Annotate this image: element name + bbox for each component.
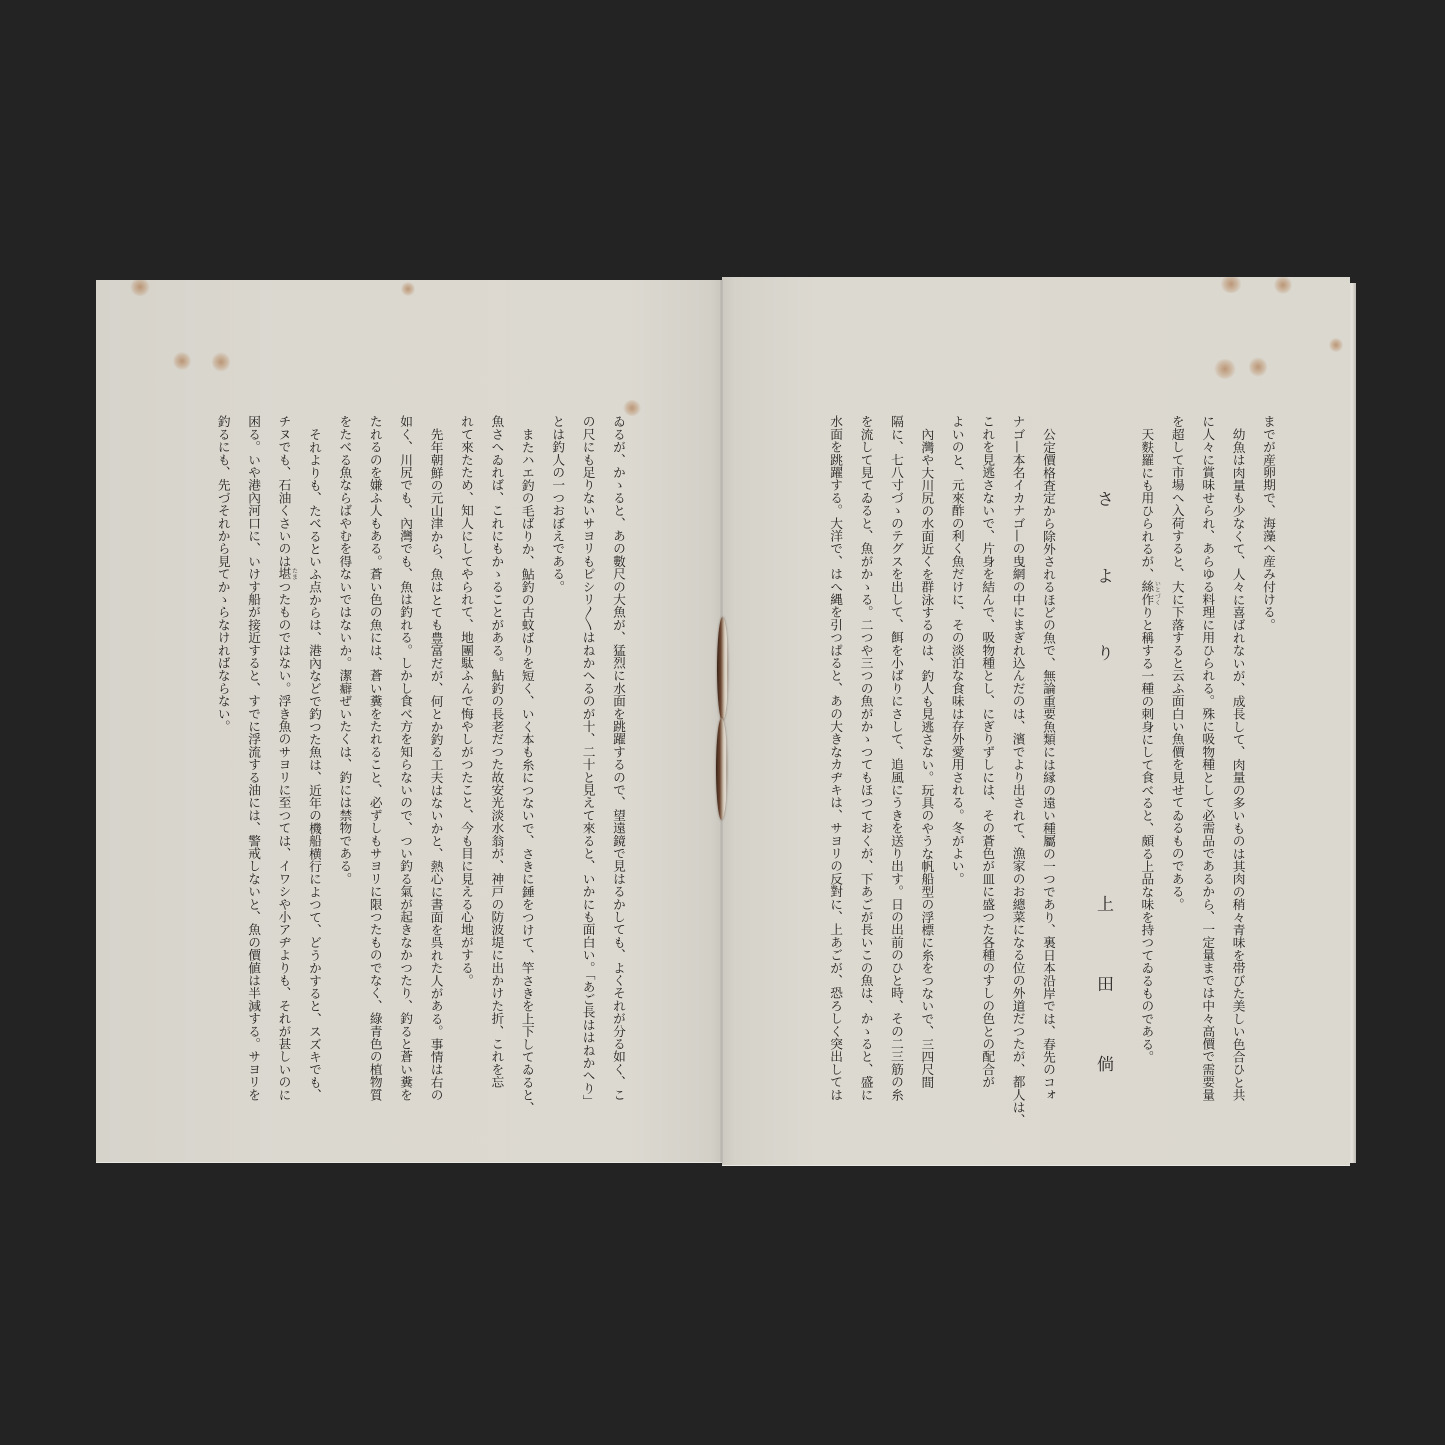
- line-segment: チヌでも、石油くさいのは: [277, 415, 292, 567]
- photo-backdrop: ゐるが、かゝると、あの數尺の大魚が、猛烈に水面を跳躍するので、望遠鏡で見はるかし…: [0, 0, 1445, 1445]
- text-line: またハエ釣の毛ばりか、鮎釣の古蚊ばりを短く、いく本も糸につないで、さきに錘をつけ…: [511, 415, 541, 1115]
- text-line: を超して市場へ入荷すると、大に下落すると云ふ面白い魚價を見せてゐるものである。: [1161, 415, 1191, 1115]
- foxing-stain: [623, 400, 641, 416]
- text-line: よいのと、元來酢の利く魚だけに、その淡泊な食味は存外愛用される。冬がよい。: [941, 415, 971, 1115]
- text-line: をたべる魚ならばやむを得ないではないか。潔癖ぜいたくは、釣には禁物である。: [329, 415, 359, 1115]
- right-page: までが産卵期で、海藻へ産み付ける。 幼魚は肉量も少なくて、人々に喜ばれないが、成…: [722, 277, 1350, 1165]
- furigana-annotation: 堪たま: [277, 567, 292, 580]
- text-line: ゐるが、かゝると、あの數尺の大魚が、猛烈に水面を跳躍するので、望遠鏡で見はるかし…: [603, 415, 633, 1115]
- line-segment: 天麩羅にも用ひられるが、: [1139, 428, 1154, 580]
- foxing-stain: [1220, 277, 1242, 293]
- foxing-stain: [1249, 357, 1267, 377]
- left-page-text: ゐるが、かゝると、あの數尺の大魚が、猛烈に水面を跳躍するので、望遠鏡で見はるかし…: [207, 415, 633, 1115]
- line-segment: りと稱する一種の刺身にして食べると、頗る上品な味を持つてゐるものである。: [1139, 606, 1154, 1063]
- text-line: 先年朝鮮の元山津から、魚はとても豊富だが、何とか釣る工夫はないかと、熱心に書面を…: [420, 415, 450, 1115]
- text-line: 天麩羅にも用ひられるが、絲作いとづくりと稱する一種の刺身にして食べると、頗る上品…: [1131, 415, 1161, 1115]
- text-line: これを見逃さないで、片身を結んで、吸物種とし、にぎりずしには、その蒼色が皿に盛つ…: [972, 415, 1002, 1115]
- text-line: に人々に賞味せられ、あらゆる料理に用ひられる。殊に吸物種として必需品であるから、…: [1192, 415, 1222, 1115]
- line-segment: つたものではない。浮き魚のサヨリに至つては、イワシや小アヂよりも、それが甚しいの…: [277, 580, 292, 1101]
- text-line: とは釣人の一つおぼえである。: [542, 415, 572, 1115]
- foxing-stain: [130, 280, 150, 296]
- right-page-text-body: 公定價格査定から除外されるほどの魚で、無論重要魚類には縁の遠い種屬の一つであり、…: [820, 415, 1063, 1115]
- text-line: たれるのを嫌ふ人もある。蒼い色の魚には、蒼い糞をたれること、必ずしもサヨリに限つ…: [359, 415, 389, 1115]
- ruby-base: 堪: [277, 567, 292, 580]
- foxing-stain: [212, 352, 230, 372]
- text-line: 如く、川尻でも、內灣でも、魚は釣れる。しかし食べ方を知らないので、つい釣る氣が起…: [390, 415, 420, 1115]
- text-line: 公定價格査定から除外されるほどの魚で、無論重要魚類には縁の遠い種屬の一つであり、…: [1033, 415, 1063, 1115]
- author-name: 上田倘: [1088, 895, 1118, 1135]
- text-line: 困る。いや港內河口に、いけす船が接近すると、すでに浮流する油には、警戒しないと、…: [238, 415, 268, 1115]
- foxing-stain: [1274, 277, 1292, 294]
- text-line: 魚さへゐれば、これにもかゝることがある。鮎釣の長老だつた故安光淡水翁が、神戸の防…: [481, 415, 511, 1115]
- furigana-annotation: 絲作いとづく: [1139, 580, 1154, 605]
- binding-stitch-upper: [717, 617, 728, 721]
- text-line: それよりも、たべるといふ点からは、港內などで釣つた魚は、近年の機船横行によつて、…: [299, 415, 329, 1115]
- left-page: ゐるが、かゝると、あの數尺の大魚が、猛烈に水面を跳躍するので、望遠鏡で見はるかし…: [96, 280, 723, 1162]
- foxing-stain: [401, 282, 415, 296]
- ruby-text: たま: [291, 567, 298, 580]
- text-line: 隔に、七八寸づゝのテグスを出して、餌を小ばりにさして、追風にうきを送り出す。日の…: [881, 415, 911, 1115]
- foxing-stain: [173, 352, 191, 370]
- foxing-stain: [1214, 359, 1236, 379]
- text-line: 釣るにも、先づそれから見てかゝらなければならない。: [207, 415, 237, 1115]
- text-line: を流して見てゐると、魚がかゝる。二つや三つの魚がかゝつてもほつておくが、下あごが…: [850, 415, 880, 1115]
- text-line: ナゴ—本名イカナゴ—の曳網の中にまぎれ込んだのは、濱でより出されて、漁家のお總菜…: [1002, 415, 1032, 1115]
- article-title: さより: [1088, 490, 1118, 721]
- text-line: チヌでも、石油くさいのは堪たまつたものではない。浮き魚のサヨリに至つては、イワシ…: [268, 415, 298, 1115]
- text-line: の尺にも足りないサヨリもピシリ〱はねかへるのが十、二十と見えて來ると、いかにも面…: [572, 415, 602, 1115]
- text-line: までが産卵期で、海藻へ産み付ける。: [1253, 415, 1283, 1115]
- binding-stitch-lower: [716, 718, 727, 820]
- foxing-stain: [1329, 338, 1343, 352]
- right-page-text-intro: までが産卵期で、海藻へ産み付ける。 幼魚は肉量も少なくて、人々に喜ばれないが、成…: [1131, 415, 1283, 1115]
- text-line: 水面を跳躍する。大洋で、はへ縄を引つぱると、あの大きなカヂキは、サヨリの反對に、…: [820, 415, 850, 1115]
- text-line: れて來たため、知人にしてやられて、地團駄ふんで悔やしがつたこと、今も目に見える心…: [451, 415, 481, 1115]
- text-line: 幼魚は肉量も少なくて、人々に喜ばれないが、成長して、肉量の多いものは其肉の稍々青…: [1222, 415, 1252, 1115]
- ruby-text: いとづく: [1153, 580, 1160, 605]
- text-line: 內灣や大川尻の水面近くを群泳するのは、釣人も見逃さない。玩具のやうな帆船型の浮標…: [911, 415, 941, 1115]
